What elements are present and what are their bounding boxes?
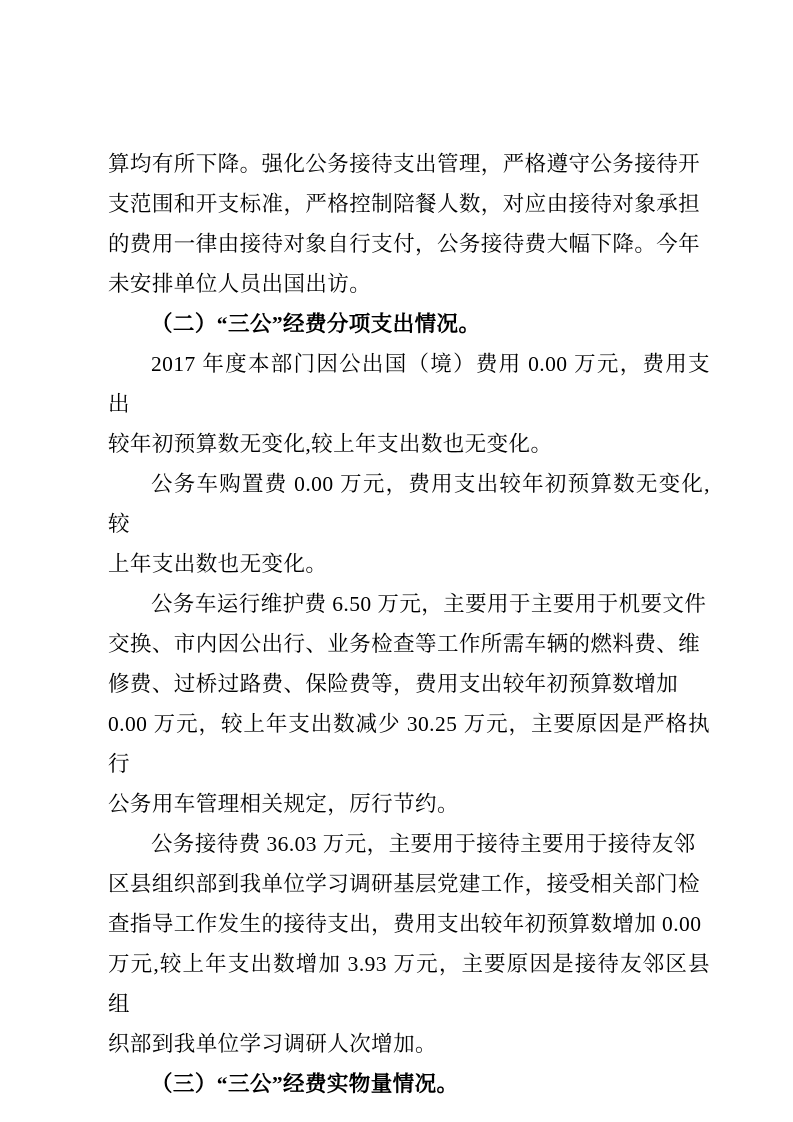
paragraph-vehicle-maintenance-expense: 公务车运行维护费 6.50 万元，主要用于主要用于机要文件 交换、市内因公出行、… — [108, 584, 710, 824]
heading-section-three-physical-quantity: （三）“三公”经费实物量情况。 — [108, 1064, 710, 1104]
paragraph-expense-management-continuation: 算均有所下降。强化公务接待支出管理，严格遵守公务接待开 支范围和开支标准，严格控… — [108, 144, 710, 304]
paragraph-abroad-expense: 2017 年度本部门因公出国（境）费用 0.00 万元，费用支出 较年初预算数无… — [108, 344, 710, 464]
paragraph-official-reception-expense: 公务接待费 36.03 万元，主要用于接待主要用于接待友邻 区县组织部到我单位学… — [108, 824, 710, 1064]
paragraph-vehicle-purchase-expense: 公务车购置费 0.00 万元，费用支出较年初预算数无变化,较 上年支出数也无变化… — [108, 464, 710, 584]
document-page: 算均有所下降。强化公务接待支出管理，严格遵守公务接待开 支范围和开支标准，严格控… — [0, 0, 793, 1122]
heading-section-two-itemized-expense: （二）“三公”经费分项支出情况。 — [108, 304, 710, 344]
